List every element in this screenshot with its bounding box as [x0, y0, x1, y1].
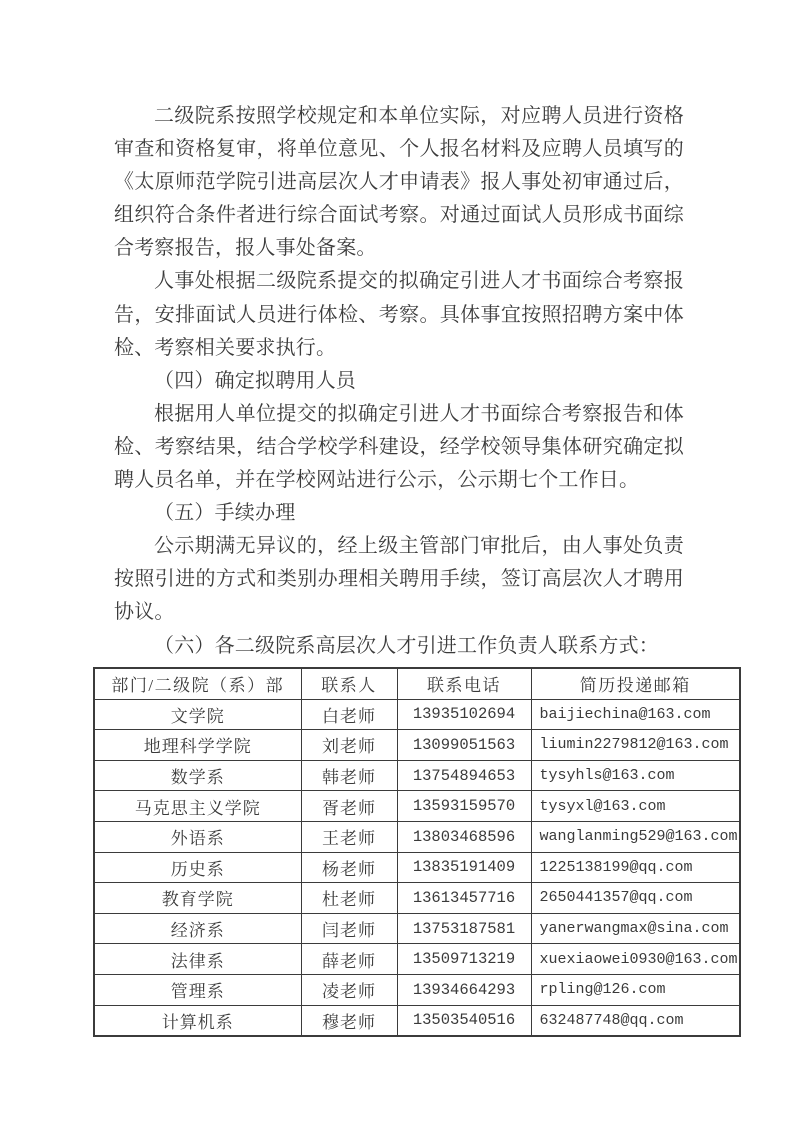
- table-row: 马克思主义学院胥老师13593159570tysyxl@163.com: [94, 791, 740, 822]
- table-row: 法律系薛老师13509713219xuexiaowei0930@163.com: [94, 944, 740, 975]
- contact-table: 部门/二级院（系）部联系人联系电话简历投递邮箱 文学院白老师1393510269…: [93, 667, 741, 1037]
- body-text: 二级院系按照学校规定和本单位实际，对应聘人员进行资格审查和资格复审，将单位意见、…: [114, 100, 684, 663]
- paragraph: 根据用人单位提交的拟确定引进人才书面综合考察报告和体检、考察结果，结合学校学科建…: [114, 398, 684, 497]
- department-cell: 经济系: [94, 913, 301, 944]
- table-row: 地理科学学院刘老师13099051563liumin2279812@163.co…: [94, 730, 740, 761]
- table-row: 数学系韩老师13754894653tysyhls@163.com: [94, 760, 740, 791]
- paragraph: （五）手续办理: [114, 497, 684, 530]
- email-cell: rpling@126.com: [531, 974, 740, 1005]
- phone-cell: 13099051563: [397, 730, 531, 761]
- department-cell: 法律系: [94, 944, 301, 975]
- table-row: 历史系杨老师138351914091225138199@qq.com: [94, 852, 740, 883]
- table-row: 管理系凌老师13934664293rpling@126.com: [94, 974, 740, 1005]
- email-cell: 632487748@qq.com: [531, 1005, 740, 1036]
- paragraph: 人事处根据二级院系提交的拟确定引进人才书面综合考察报告，安排面试人员进行体检、考…: [114, 265, 684, 364]
- table-row: 文学院白老师13935102694baijiechina@163.com: [94, 699, 740, 730]
- department-cell: 外语系: [94, 821, 301, 852]
- email-cell: 2650441357@qq.com: [531, 883, 740, 914]
- email-cell: tysyhls@163.com: [531, 760, 740, 791]
- phone-cell: 13803468596: [397, 821, 531, 852]
- paragraph: 公示期满无异议的，经上级主管部门审批后，由人事处负责按照引进的方式和类别办理相关…: [114, 530, 684, 629]
- phone-cell: 13503540516: [397, 1005, 531, 1036]
- phone-cell: 13835191409: [397, 852, 531, 883]
- department-cell: 文学院: [94, 699, 301, 730]
- phone-cell: 13754894653: [397, 760, 531, 791]
- phone-cell: 13753187581: [397, 913, 531, 944]
- document-page: 二级院系按照学校规定和本单位实际，对应聘人员进行资格审查和资格复审，将单位意见、…: [0, 0, 794, 1123]
- phone-cell: 13935102694: [397, 699, 531, 730]
- email-cell: baijiechina@163.com: [531, 699, 740, 730]
- phone-cell: 13934664293: [397, 974, 531, 1005]
- phone-cell: 13593159570: [397, 791, 531, 822]
- phone-column-header: 联系电话: [397, 668, 531, 699]
- email-cell: 1225138199@qq.com: [531, 852, 740, 883]
- department-cell: 历史系: [94, 852, 301, 883]
- contact-person-cell: 薛老师: [301, 944, 397, 975]
- contact-column-header: 联系人: [301, 668, 397, 699]
- contact-person-cell: 穆老师: [301, 1005, 397, 1036]
- email-cell: wanglanming529@163.com: [531, 821, 740, 852]
- email-cell: xuexiaowei0930@163.com: [531, 944, 740, 975]
- table-row: 计算机系穆老师13503540516632487748@qq.com: [94, 1005, 740, 1036]
- phone-cell: 13613457716: [397, 883, 531, 914]
- email-column-header: 简历投递邮箱: [531, 668, 740, 699]
- table-header-row: 部门/二级院（系）部联系人联系电话简历投递邮箱: [94, 668, 740, 699]
- department-cell: 马克思主义学院: [94, 791, 301, 822]
- contact-person-cell: 白老师: [301, 699, 397, 730]
- department-column-header: 部门/二级院（系）部: [94, 668, 301, 699]
- contact-person-cell: 胥老师: [301, 791, 397, 822]
- table-row: 经济系闫老师13753187581yanerwangmax@sina.com: [94, 913, 740, 944]
- contact-person-cell: 刘老师: [301, 730, 397, 761]
- email-cell: yanerwangmax@sina.com: [531, 913, 740, 944]
- contact-person-cell: 杨老师: [301, 852, 397, 883]
- paragraph: 二级院系按照学校规定和本单位实际，对应聘人员进行资格审查和资格复审，将单位意见、…: [114, 100, 684, 265]
- contact-person-cell: 闫老师: [301, 913, 397, 944]
- email-cell: liumin2279812@163.com: [531, 730, 740, 761]
- department-cell: 教育学院: [94, 883, 301, 914]
- contact-person-cell: 杜老师: [301, 883, 397, 914]
- contact-person-cell: 韩老师: [301, 760, 397, 791]
- paragraph: （四）确定拟聘用人员: [114, 365, 684, 398]
- email-cell: tysyxl@163.com: [531, 791, 740, 822]
- department-cell: 数学系: [94, 760, 301, 791]
- paragraph: （六）各二级院系高层次人才引进工作负责人联系方式：: [114, 630, 684, 663]
- contact-person-cell: 凌老师: [301, 974, 397, 1005]
- department-cell: 计算机系: [94, 1005, 301, 1036]
- phone-cell: 13509713219: [397, 944, 531, 975]
- department-cell: 地理科学学院: [94, 730, 301, 761]
- table-row: 外语系王老师13803468596wanglanming529@163.com: [94, 821, 740, 852]
- contact-person-cell: 王老师: [301, 821, 397, 852]
- table-row: 教育学院杜老师136134577162650441357@qq.com: [94, 883, 740, 914]
- department-cell: 管理系: [94, 974, 301, 1005]
